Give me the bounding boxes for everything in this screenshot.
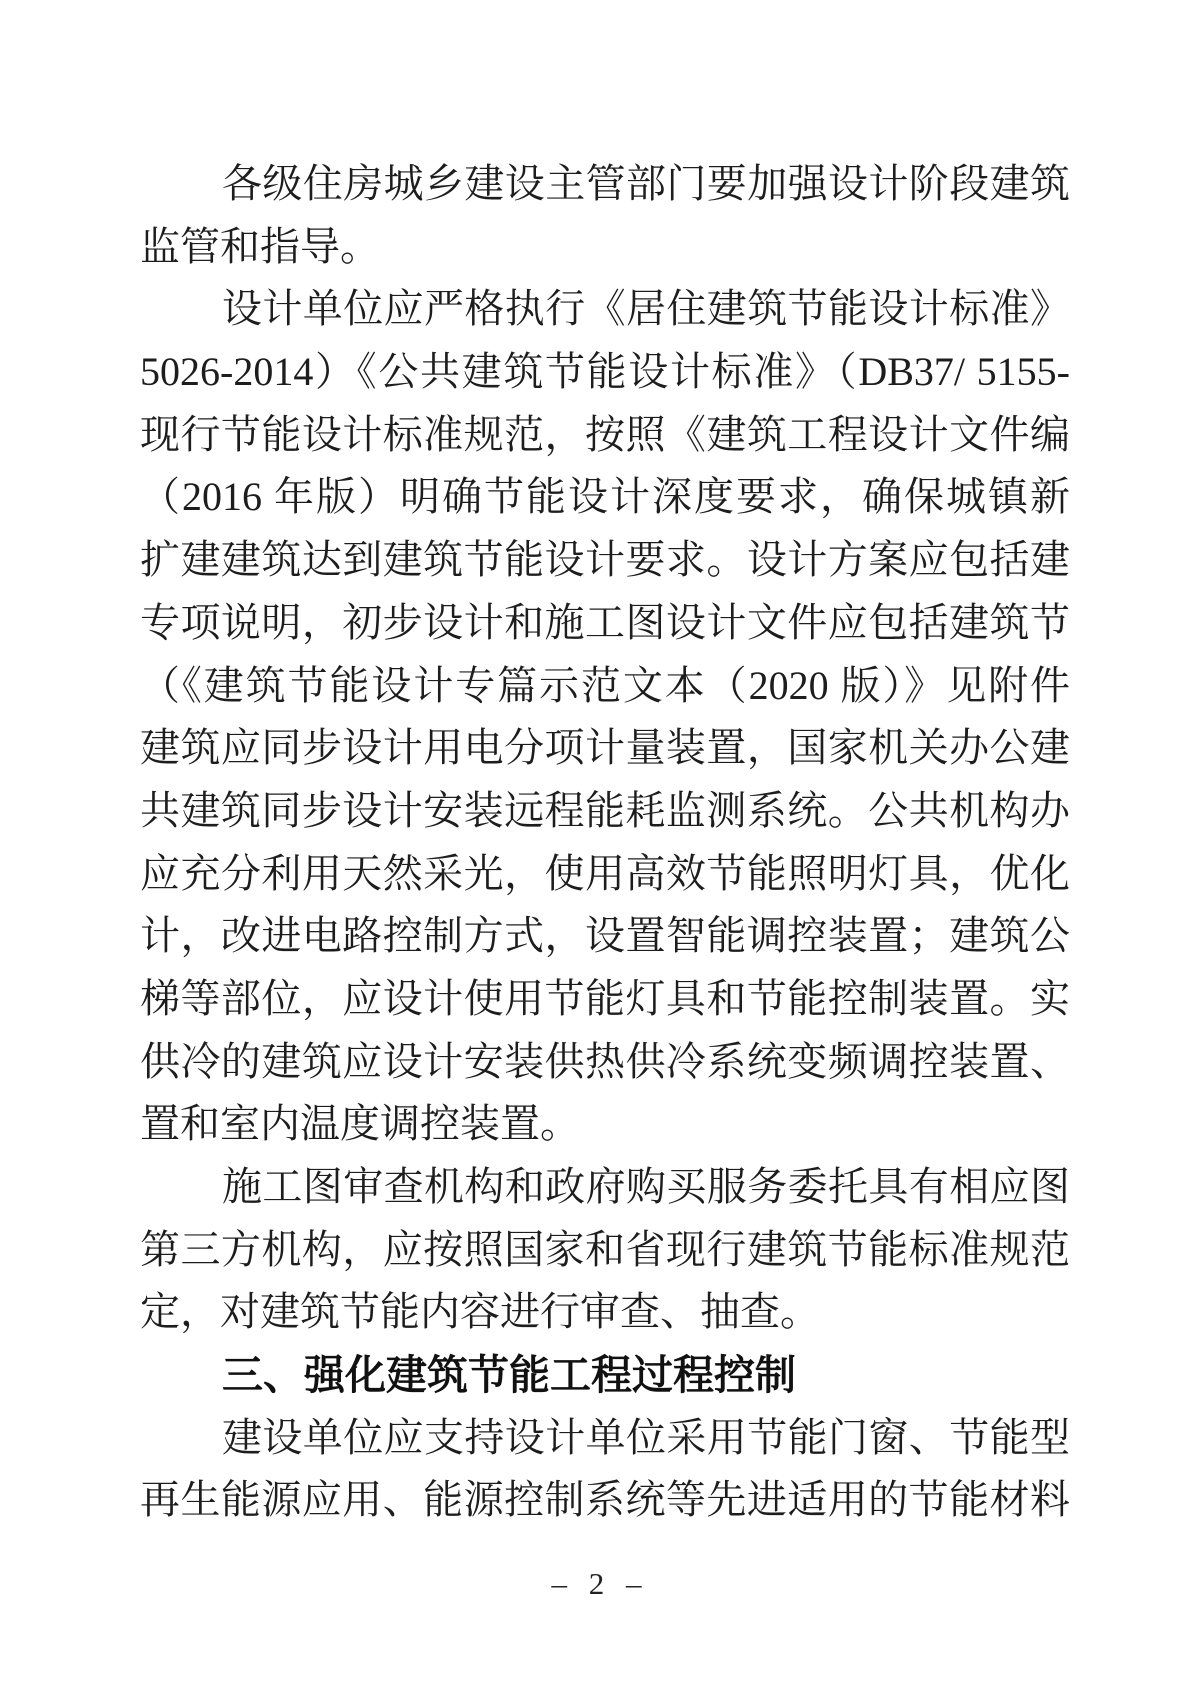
text-line: 供冷的建筑应设计安装供热供冷系统变频调控装置、用热计量装 [140,1031,1070,1094]
text-line: （2016 年版）明确节能设计深度要求，确保城镇新建、改建、 [140,466,1070,529]
text-line: 5026-2014）《公共建筑节能设计标准》（DB37/ 5155-2019）等 [140,341,1070,404]
text-line: 各级住房城乡建设主管部门要加强设计阶段建筑节能工作 [140,153,1070,216]
text-line: 应充分利用天然采光，使用高效节能照明灯具，优化照明系统设 [140,843,1070,906]
document-body: 各级住房城乡建设主管部门要加强设计阶段建筑节能工作监管和指导。设计单位应严格执行… [140,153,1070,1532]
text-line: 现行节能设计标准规范，按照《建筑工程设计文件编制深度规定》 [140,404,1070,467]
text-line: 监管和指导。 [140,216,1070,279]
text-line: 再生能源应用、能源控制系统等先进适用的节能材料设备、技术 [140,1469,1070,1532]
text-line: 设计单位应严格执行《居住建筑节能设计标准》（DB37/ [140,278,1070,341]
text-line: 定，对建筑节能内容进行审查、抽查。 [140,1281,1070,1344]
text-line: 建筑应同步设计用电分项计量装置，国家机关办公建筑和大型公 [140,717,1070,780]
text-line: 建设单位应支持设计单位采用节能门窗、节能型变压器、可 [140,1407,1070,1470]
text-line: 置和室内温度调控装置。 [140,1093,1070,1156]
text-line: （《建筑节能设计专篇示范文本（2020 版）》见附件 3）。公共 [140,655,1070,718]
text-line: 施工图审查机构和政府购买服务委托具有相应图审资格的 [140,1156,1070,1219]
page-number: – 2 – [0,1566,1200,1602]
text-line: 第三方机构，应按照国家和省现行建筑节能标准规范及相关规 [140,1219,1070,1282]
text-line: 计，改进电路控制方式，设置智能调控装置；建筑公共走廊、楼 [140,905,1070,968]
text-line: 共建筑同步设计安装远程能耗监测系统。公共机构办公建筑设计 [140,780,1070,843]
section-heading: 三、强化建筑节能工程过程控制 [140,1344,1070,1407]
document-page: 各级住房城乡建设主管部门要加强设计阶段建筑节能工作监管和指导。设计单位应严格执行… [0,0,1200,1698]
text-line: 梯等部位，应设计使用节能灯具和节能控制装置。实行集中供热 [140,968,1070,1031]
text-line: 专项说明，初步设计和施工图设计文件应包括建筑节能设计专篇 [140,592,1070,655]
text-line: 扩建建筑达到建筑节能设计要求。设计方案应包括建筑节能设计 [140,529,1070,592]
